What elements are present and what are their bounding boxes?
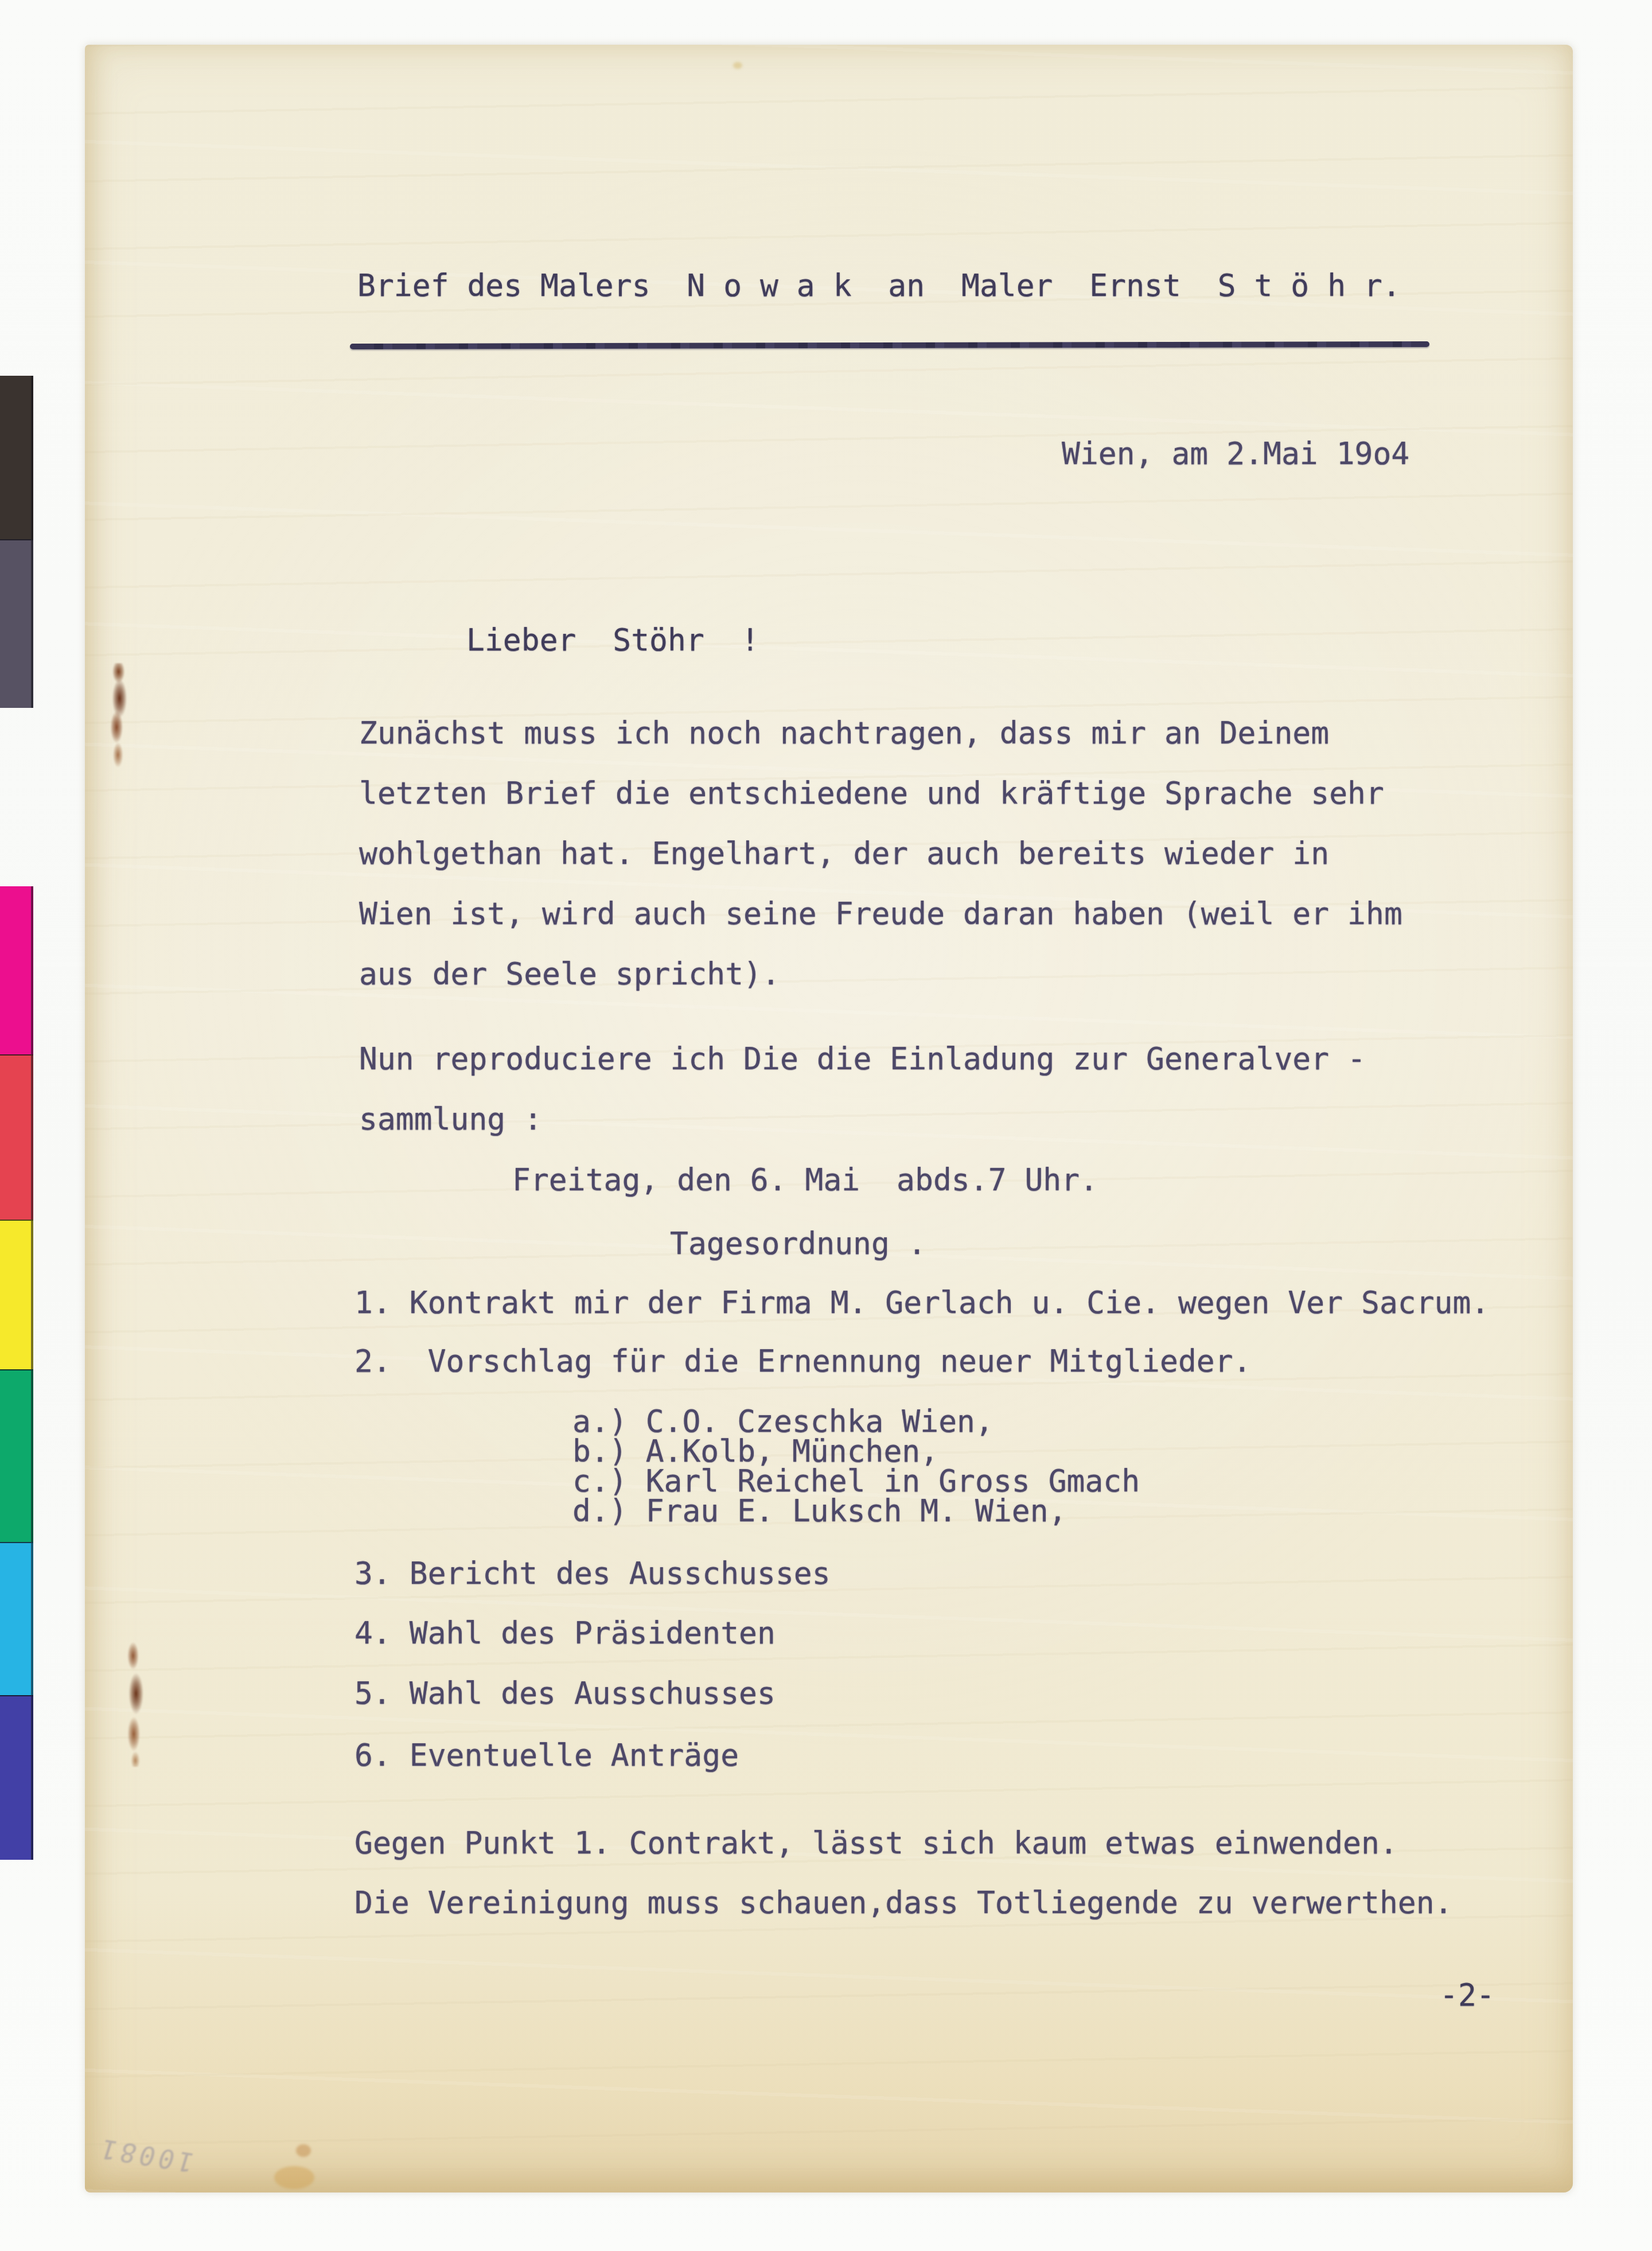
rust-stain-lower	[123, 1641, 146, 1767]
calibration-patch-black	[0, 376, 33, 539]
calibration-patch-cyan	[0, 1542, 33, 1696]
agenda-title: Tagesordnung .	[670, 1228, 926, 1261]
body-line: aus der Seele spricht).	[359, 958, 780, 991]
member-line: d.) Frau E. Luksch M. Wien,	[572, 1495, 1067, 1528]
agenda-item-3: 3. Bericht des Ausschusses	[354, 1557, 831, 1591]
pencil-note: 10081	[93, 2133, 198, 2178]
calibration-patch-magenta	[0, 886, 33, 1054]
invitation-when: Freitag, den 6. Mai abds.7 Uhr.	[512, 1164, 1098, 1197]
page-number: -2-	[1440, 1979, 1495, 2012]
agenda-item-6: 6. Eventuelle Anträge	[354, 1739, 739, 1773]
calibration-patch-yellow	[0, 1220, 33, 1370]
fox-spot	[296, 2144, 311, 2157]
calibration-patch-green	[0, 1369, 33, 1543]
agenda-item-2: 2. Vorschlag für die Ernennung neuer Mit…	[354, 1345, 1252, 1378]
fox-spot	[274, 2166, 314, 2189]
date-line: Wien, am 2.Mai 19o4	[1062, 438, 1409, 471]
calibration-patch-dark-gray	[0, 539, 33, 708]
body-line: Zunächst muss ich noch nachtragen, dass …	[359, 717, 1329, 750]
fox-spot	[733, 62, 742, 69]
body-line: Gegen Punkt 1. Contrakt, lässt sich kaum…	[354, 1827, 1398, 1860]
calibration-patch-red	[0, 1054, 33, 1221]
agenda-item-5: 5. Wahl des Ausschusses	[354, 1677, 776, 1711]
heading-rule	[350, 341, 1429, 349]
calibration-patch-blue	[0, 1695, 33, 1860]
agenda-item-4: 4. Wahl des Präsidenten	[354, 1617, 776, 1650]
scanned-letter-page: Brief des Malers N o w a k an Maler Erns…	[85, 45, 1573, 2192]
letter-heading: Brief des Malers N o w a k an Maler Erns…	[357, 270, 1401, 303]
rust-stain-upper	[108, 663, 127, 770]
body-line: Nun reproduciere ich Die die Einladung z…	[359, 1043, 1366, 1076]
paper-texture	[85, 45, 1573, 2192]
body-line: Die Vereinigung muss schauen,dass Totlie…	[354, 1887, 1453, 1920]
body-line: Wien ist, wird auch seine Freude daran h…	[359, 898, 1402, 931]
body-line: sammlung :	[359, 1103, 542, 1136]
scanner-background: { "letter": { "heading": "Brief des Male…	[0, 0, 1652, 2251]
agenda-item-1: 1. Kontrakt mir der Firma M. Gerlach u. …	[354, 1287, 1489, 1320]
body-line: letzten Brief die entschiedene und kräft…	[359, 777, 1384, 811]
salutation: Lieber Stöhr !	[466, 624, 759, 657]
body-line: wohlgethan hat. Engelhart, der auch bere…	[359, 838, 1329, 871]
